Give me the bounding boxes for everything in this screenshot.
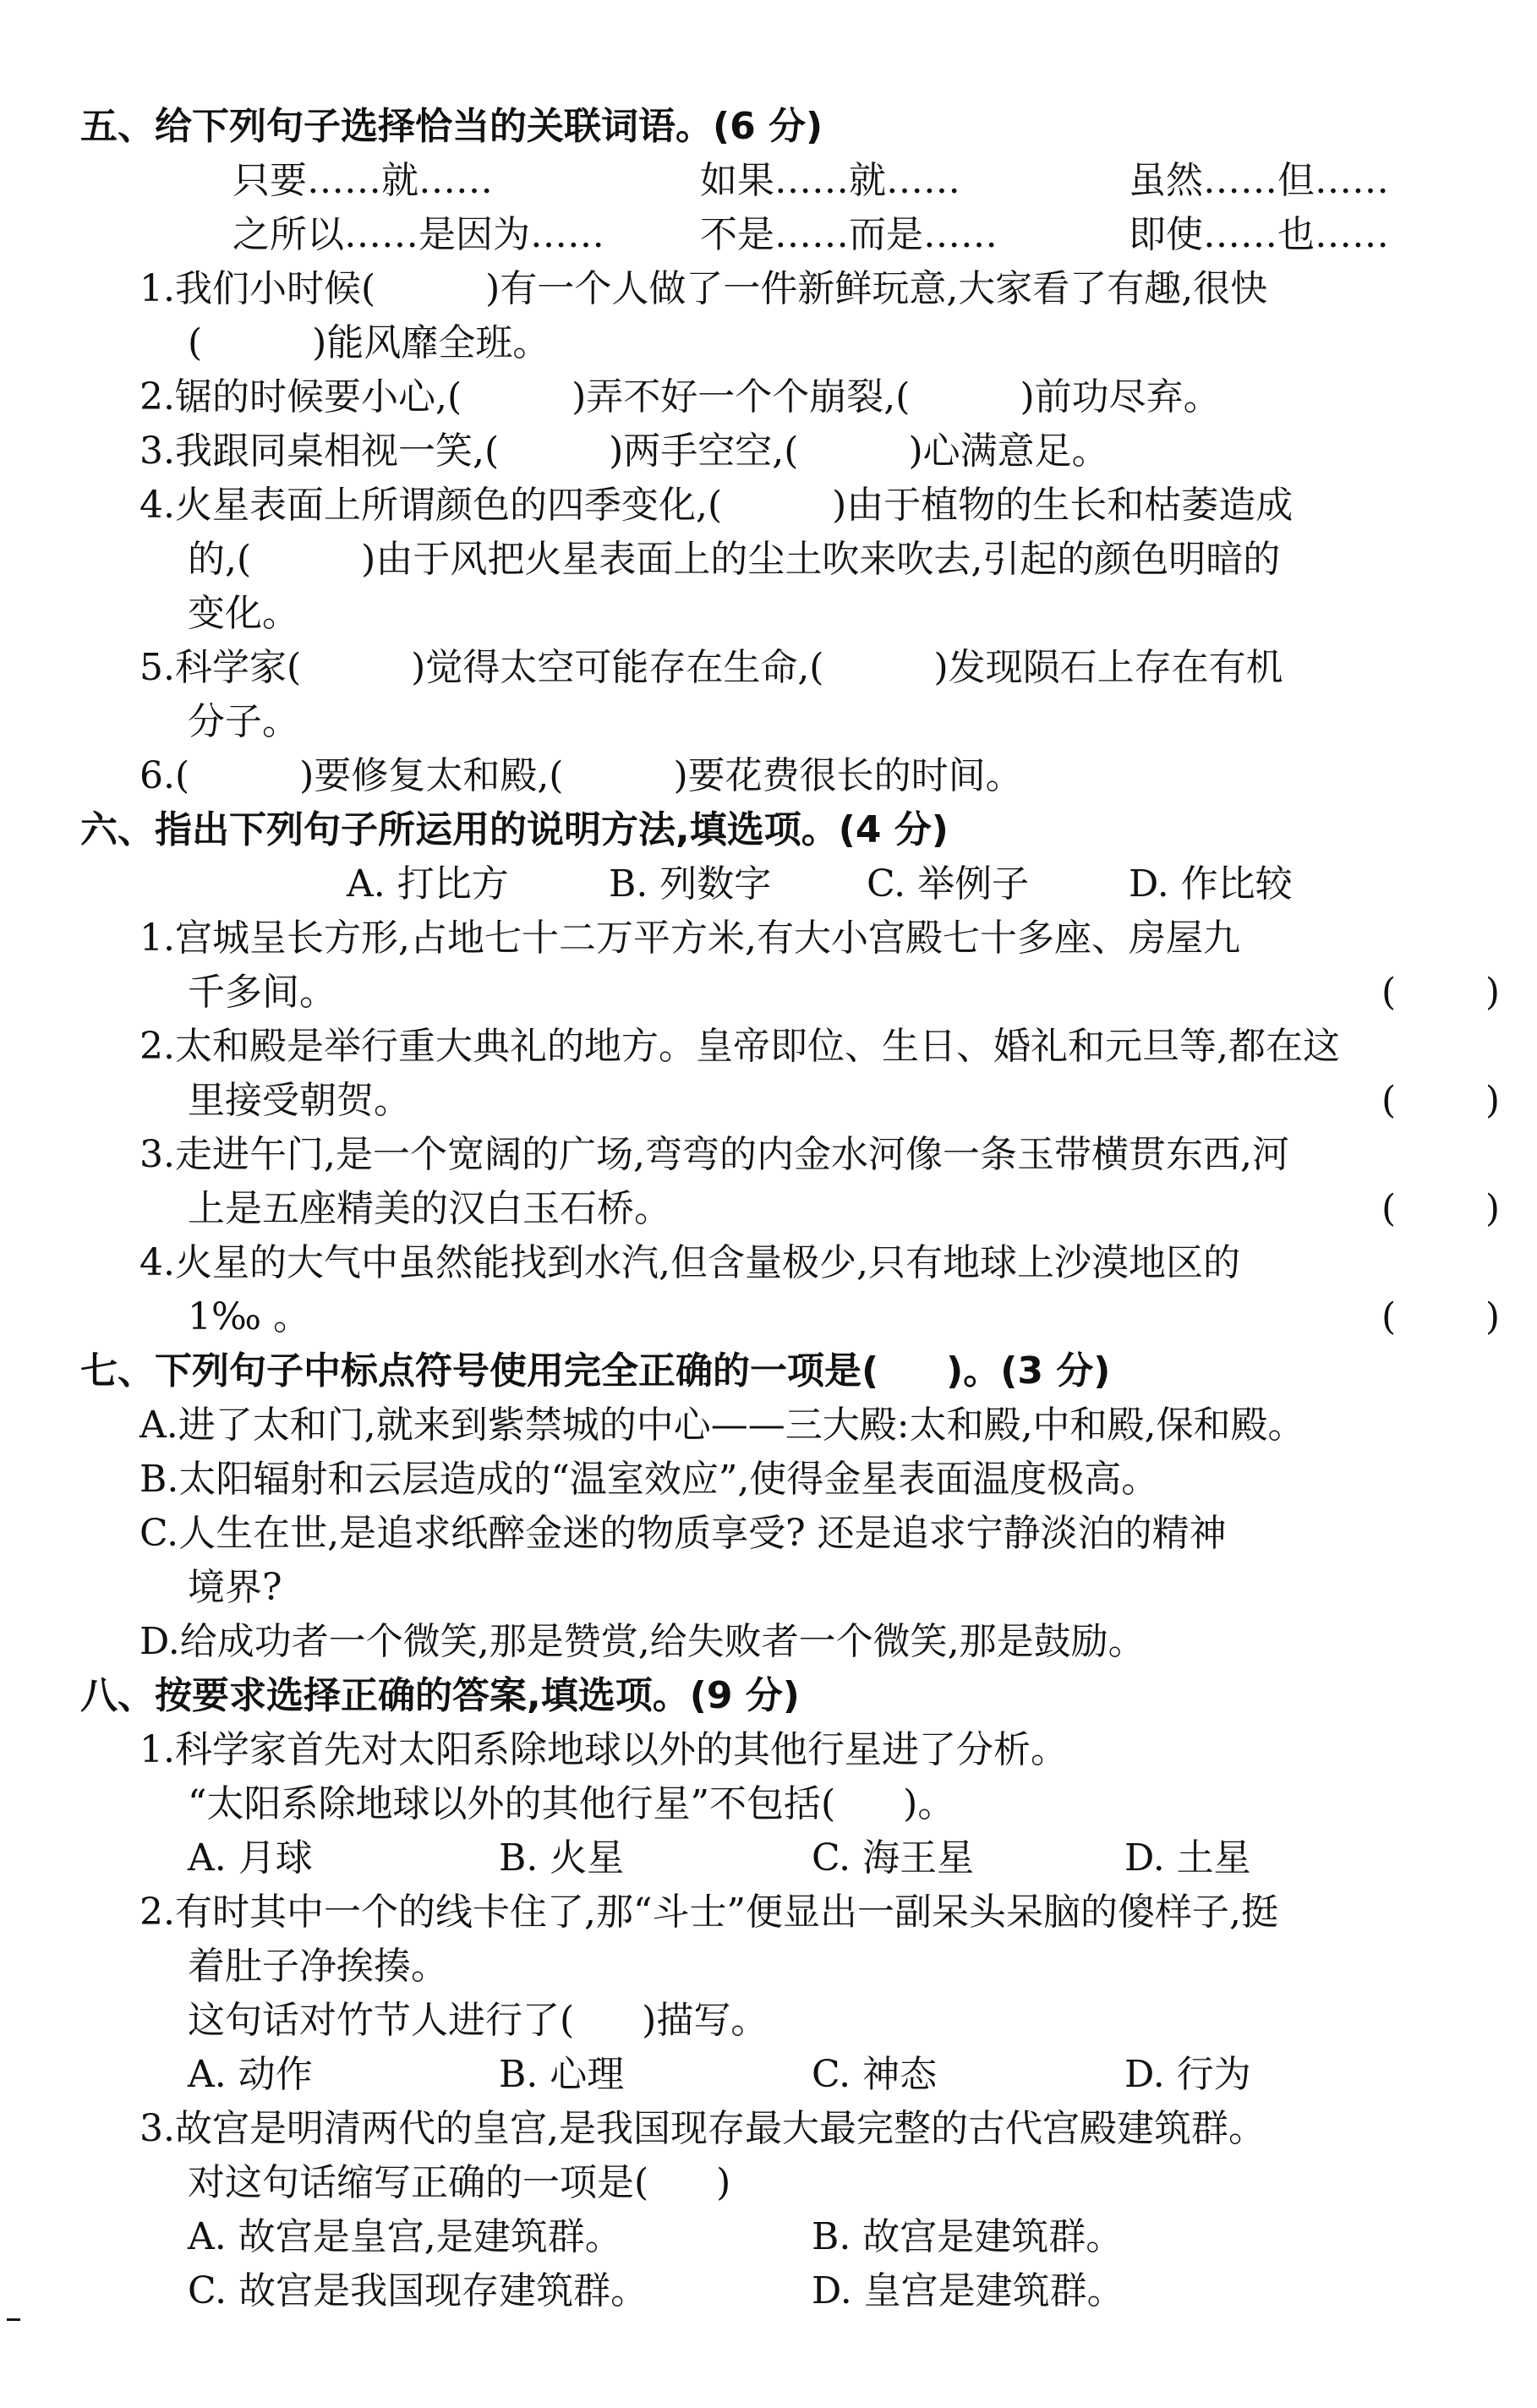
item-text: 的,( <box>188 538 251 581</box>
question-8-1-ask: “太阳系除地球以外的其他行星”不包括()。 <box>0 1777 1537 1831</box>
choice-a: A.进了太和门,就来到紫禁城的中心——三大殿:太和殿,中和殿,保和殿。 <box>0 1398 1537 1453</box>
word-bank-row-2: 之所以……是因为…… 不是……而是…… 即使……也…… <box>0 208 1537 262</box>
item-text: )发现陨石上存在有机 <box>933 646 1283 689</box>
item-number: 6. <box>139 754 175 797</box>
question-8-3: 3.故宫是明清两代的皇宫,是我国现存最大最完整的古代宫殿建筑群。 <box>0 2102 1537 2156</box>
item-number: 2. <box>139 375 175 419</box>
item-text: 火星表面上所谓颜色的四季变化,( <box>175 484 722 527</box>
question-6-4: 4.火星的大气中虽然能找到水汽,但含量极少,只有地球上沙漠地区的 <box>0 1236 1537 1290</box>
paren-close: ) <box>1485 966 1500 1020</box>
question-6-2-cont: 里接受朝贺。 () <box>0 1074 1537 1128</box>
question-8-3-options-row-1: A. 故宫是皇宫,是建筑群。 B. 故宫是建筑群。 <box>0 2210 1537 2264</box>
option-a: A. 动作 <box>188 2048 313 2102</box>
option-c: C. 故宫是我国现存建筑群。 <box>188 2264 648 2318</box>
item-text: 变化。 <box>188 592 299 635</box>
item-number: 1. <box>139 267 175 310</box>
choice-d: D.给成功者一个微笑,那是赞赏,给失败者一个微笑,那是鼓励。 <box>0 1615 1537 1669</box>
option-b: B. 心理 <box>499 2048 624 2102</box>
word-bank-option: 只要……就…… <box>232 154 493 208</box>
title-text: )。(3 分) <box>946 1349 1110 1393</box>
choice-text: 人生在世,是追求纸醉金迷的物质享受? 还是追求宁静淡泊的精神 <box>178 1512 1227 1555</box>
item-text: 我们小时候( <box>175 267 375 310</box>
answer-box[interactable]: () <box>1381 966 1500 1020</box>
option-d: D. 行为 <box>1124 2048 1251 2102</box>
option-a: A. 月球 <box>188 1831 313 1885</box>
choice-text: 太阳辐射和云层造成的“温室效应”,使得金星表面温度极高。 <box>178 1458 1158 1501</box>
question-8-1: 1.科学家首先对太阳系除地球以外的其他行星进了分析。 <box>0 1723 1537 1777</box>
item-text: 里接受朝贺。 <box>188 1079 411 1122</box>
item-text: )两手空空,( <box>609 430 798 473</box>
question-5-1: 1.我们小时候()有一个人做了一件新鲜玩意,大家看了有趣,很快 <box>0 262 1537 316</box>
worksheet-page: 五、给下列句子选择恰当的关联词语。(6 分) 只要……就…… 如果……就…… 虽… <box>0 100 1537 2318</box>
question-5-5: 5.科学家()觉得太空可能存在生命,()发现陨石上存在有机 <box>0 641 1537 695</box>
choice-text: 给成功者一个微笑,那是赞赏,给失败者一个微笑,那是鼓励。 <box>180 1620 1146 1663</box>
word-bank-option: 不是……而是…… <box>700 208 998 262</box>
item-text: )前功尽弃。 <box>1020 375 1220 419</box>
choice-c-cont: 境界? <box>0 1561 1537 1615</box>
choice-label: B. <box>139 1458 178 1501</box>
item-text: 这句话对竹节人进行了( <box>188 1999 574 2042</box>
question-8-2: 2.有时其中一个的线卡住了,那“斗士”便显出一副呆头呆脑的傻样子,挺 <box>0 1885 1537 1940</box>
question-6-4-cont: 1‰ 。 () <box>0 1290 1537 1344</box>
question-5-2: 2.锯的时候要小心,()弄不好一个个崩裂,()前功尽弃。 <box>0 370 1537 424</box>
question-6-1: 1.宫城呈长方形,占地七十二万平方米,有大小宫殿七十多座、房屋九 <box>0 911 1537 966</box>
item-text: )能风靡全班。 <box>312 321 550 364</box>
option-a: A. 故宫是皇宫,是建筑群。 <box>188 2210 622 2264</box>
section-six-title: 六、指出下列句子所运用的说明方法,填选项。(4 分) <box>0 803 1537 857</box>
option-c: C. 海王星 <box>812 1831 974 1885</box>
item-text: )由于植物的生长和枯萎造成 <box>832 484 1293 527</box>
item-number: 2. <box>139 1025 175 1068</box>
item-text: )。 <box>903 1782 954 1825</box>
option-d: D. 作比较 <box>1129 857 1293 911</box>
question-6-1-cont: 千多间。 () <box>0 966 1537 1020</box>
item-text: 走进午门,是一个宽阔的广场,弯弯的内金水河像一条玉带横贯东西,河 <box>175 1133 1289 1176</box>
answer-box[interactable]: () <box>1381 1074 1500 1128</box>
item-text: 1‰ 。 <box>188 1295 310 1338</box>
item-text: 科学家首先对太阳系除地球以外的其他行星进了分析。 <box>175 1728 1068 1771</box>
word-bank-option: 如果……就…… <box>700 154 960 208</box>
item-text: ( <box>188 321 202 364</box>
item-text: )有一个人做了一件新鲜玩意,大家看了有趣,很快 <box>485 267 1267 310</box>
item-text: 对这句话缩写正确的一项是( <box>188 2161 648 2204</box>
question-8-3-ask: 对这句话缩写正确的一项是() <box>0 2156 1537 2210</box>
word-bank-option: 虽然……但…… <box>1129 154 1389 208</box>
item-text: 分子。 <box>188 700 299 743</box>
item-text: 宫城呈长方形,占地七十二万平方米,有大小宫殿七十多座、房屋九 <box>175 917 1240 960</box>
item-number: 5. <box>139 646 175 689</box>
choice-c: C.人生在世,是追求纸醉金迷的物质享受? 还是追求宁静淡泊的精神 <box>0 1507 1537 1561</box>
item-text: 千多间。 <box>188 971 336 1014</box>
paren-close: ) <box>1485 1290 1500 1344</box>
item-text: )由于风把火星表面上的尘土吹来吹去,引起的颜色明暗的 <box>361 538 1280 581</box>
choice-text: 进了太和门,就来到紫禁城的中心——三大殿:太和殿,中和殿,保和殿。 <box>178 1404 1305 1447</box>
item-number: 4. <box>139 484 175 527</box>
item-text: 有时其中一个的线卡住了,那“斗士”便显出一副呆头呆脑的傻样子,挺 <box>175 1891 1278 1934</box>
question-5-3: 3.我跟同桌相视一笑,()两手空空,()心满意足。 <box>0 424 1537 479</box>
question-8-3-options-row-2: C. 故宫是我国现存建筑群。 D. 皇宫是建筑群。 <box>0 2264 1537 2318</box>
question-8-2-options: A. 动作 B. 心理 C. 神态 D. 行为 <box>0 2048 1537 2102</box>
item-text: 锯的时候要小心,( <box>175 375 462 419</box>
option-d: D. 皇宫是建筑群。 <box>812 2264 1124 2318</box>
item-text: )觉得太空可能存在生命,( <box>411 646 823 689</box>
question-6-3: 3.走进午门,是一个宽阔的广场,弯弯的内金水河像一条玉带横贯东西,河 <box>0 1128 1537 1182</box>
answer-box[interactable]: () <box>1381 1182 1500 1236</box>
option-d: D. 土星 <box>1124 1831 1251 1885</box>
item-text: )弄不好一个个崩裂,( <box>572 375 910 419</box>
question-5-1-cont: ()能风靡全班。 <box>0 316 1537 370</box>
choice-label: C. <box>139 1512 178 1555</box>
item-text: 我跟同桌相视一笑,( <box>175 430 499 473</box>
item-text: “太阳系除地球以外的其他行星”不包括( <box>188 1782 835 1825</box>
question-6-3-cont: 上是五座精美的汉白玉石桥。 () <box>0 1182 1537 1236</box>
choice-text: 境界? <box>188 1566 282 1609</box>
option-c: C. 举例子 <box>867 857 1029 911</box>
item-text: )要花费很长的时间。 <box>673 754 1022 797</box>
item-text: 上是五座精美的汉白玉石桥。 <box>188 1187 671 1230</box>
question-5-4: 4.火星表面上所谓颜色的四季变化,()由于植物的生长和枯萎造成 <box>0 479 1537 533</box>
item-text: )描写。 <box>642 1999 768 2042</box>
item-text: 太和殿是举行重大典礼的地方。皇帝即位、生日、婚礼和元旦等,都在这 <box>175 1025 1340 1068</box>
item-text: ) <box>716 2161 730 2204</box>
paren-open: ( <box>1381 1074 1396 1128</box>
method-options: A. 打比方 B. 列数字 C. 举例子 D. 作比较 <box>0 857 1537 911</box>
item-number: 3. <box>139 2107 175 2150</box>
question-5-4-cont: 的,()由于风把火星表面上的尘土吹来吹去,引起的颜色明暗的 <box>0 533 1537 587</box>
question-8-2-cont: 着肚子净挨揍。 <box>0 1940 1537 1994</box>
item-text: 着肚子净挨揍。 <box>188 1945 448 1988</box>
item-text: ( <box>175 754 189 797</box>
paren-open: ( <box>1381 1182 1396 1236</box>
choice-label: D. <box>139 1620 180 1663</box>
item-number: 2. <box>139 1891 175 1934</box>
section-seven-title: 七、下列句子中标点符号使用完全正确的一项是()。(3 分) <box>0 1344 1537 1398</box>
paren-open: ( <box>1381 966 1396 1020</box>
question-8-1-options: A. 月球 B. 火星 C. 海王星 D. 土星 <box>0 1831 1537 1885</box>
question-8-2-ask: 这句话对竹节人进行了()描写。 <box>0 1994 1537 2048</box>
option-b: B. 故宫是建筑群。 <box>812 2210 1123 2264</box>
item-text: )心满意足。 <box>908 430 1108 473</box>
paren-open: ( <box>1381 1290 1396 1344</box>
word-bank-row-1: 只要……就…… 如果……就…… 虽然……但…… <box>0 154 1537 208</box>
option-b: B. 列数字 <box>609 857 771 911</box>
item-number: 3. <box>139 1133 175 1176</box>
item-number: 3. <box>139 430 175 473</box>
question-5-5-cont: 分子。 <box>0 695 1537 749</box>
item-text: 科学家( <box>175 646 301 689</box>
item-text: )要修复太和殿,( <box>299 754 563 797</box>
option-b: B. 火星 <box>499 1831 624 1885</box>
item-number: 1. <box>139 917 175 960</box>
answer-box[interactable]: () <box>1381 1290 1500 1344</box>
paren-close: ) <box>1485 1074 1500 1128</box>
title-text: 七、下列句子中标点符号使用完全正确的一项是( <box>80 1349 878 1393</box>
choice-label: A. <box>139 1404 178 1447</box>
question-5-4-cont: 变化。 <box>0 587 1537 641</box>
section-eight-title: 八、按要求选择正确的答案,填选项。(9 分) <box>0 1669 1537 1723</box>
item-text: 火星的大气中虽然能找到水汽,但含量极少,只有地球上沙漠地区的 <box>175 1241 1240 1284</box>
item-number: 1. <box>139 1728 175 1771</box>
page-mark-dash <box>7 2318 20 2321</box>
item-number: 4. <box>139 1241 175 1284</box>
option-a: A. 打比方 <box>347 857 509 911</box>
item-text: 故宫是明清两代的皇宫,是我国现存最大最完整的古代宫殿建筑群。 <box>175 2107 1266 2150</box>
paren-close: ) <box>1485 1182 1500 1236</box>
section-five-title: 五、给下列句子选择恰当的关联词语。(6 分) <box>0 100 1537 154</box>
question-5-6: 6.()要修复太和殿,()要花费很长的时间。 <box>0 749 1537 803</box>
word-bank-option: 之所以……是因为…… <box>232 208 604 262</box>
word-bank-option: 即使……也…… <box>1129 208 1389 262</box>
choice-b: B.太阳辐射和云层造成的“温室效应”,使得金星表面温度极高。 <box>0 1453 1537 1507</box>
option-c: C. 神态 <box>812 2048 937 2102</box>
question-6-2: 2.太和殿是举行重大典礼的地方。皇帝即位、生日、婚礼和元旦等,都在这 <box>0 1020 1537 1074</box>
